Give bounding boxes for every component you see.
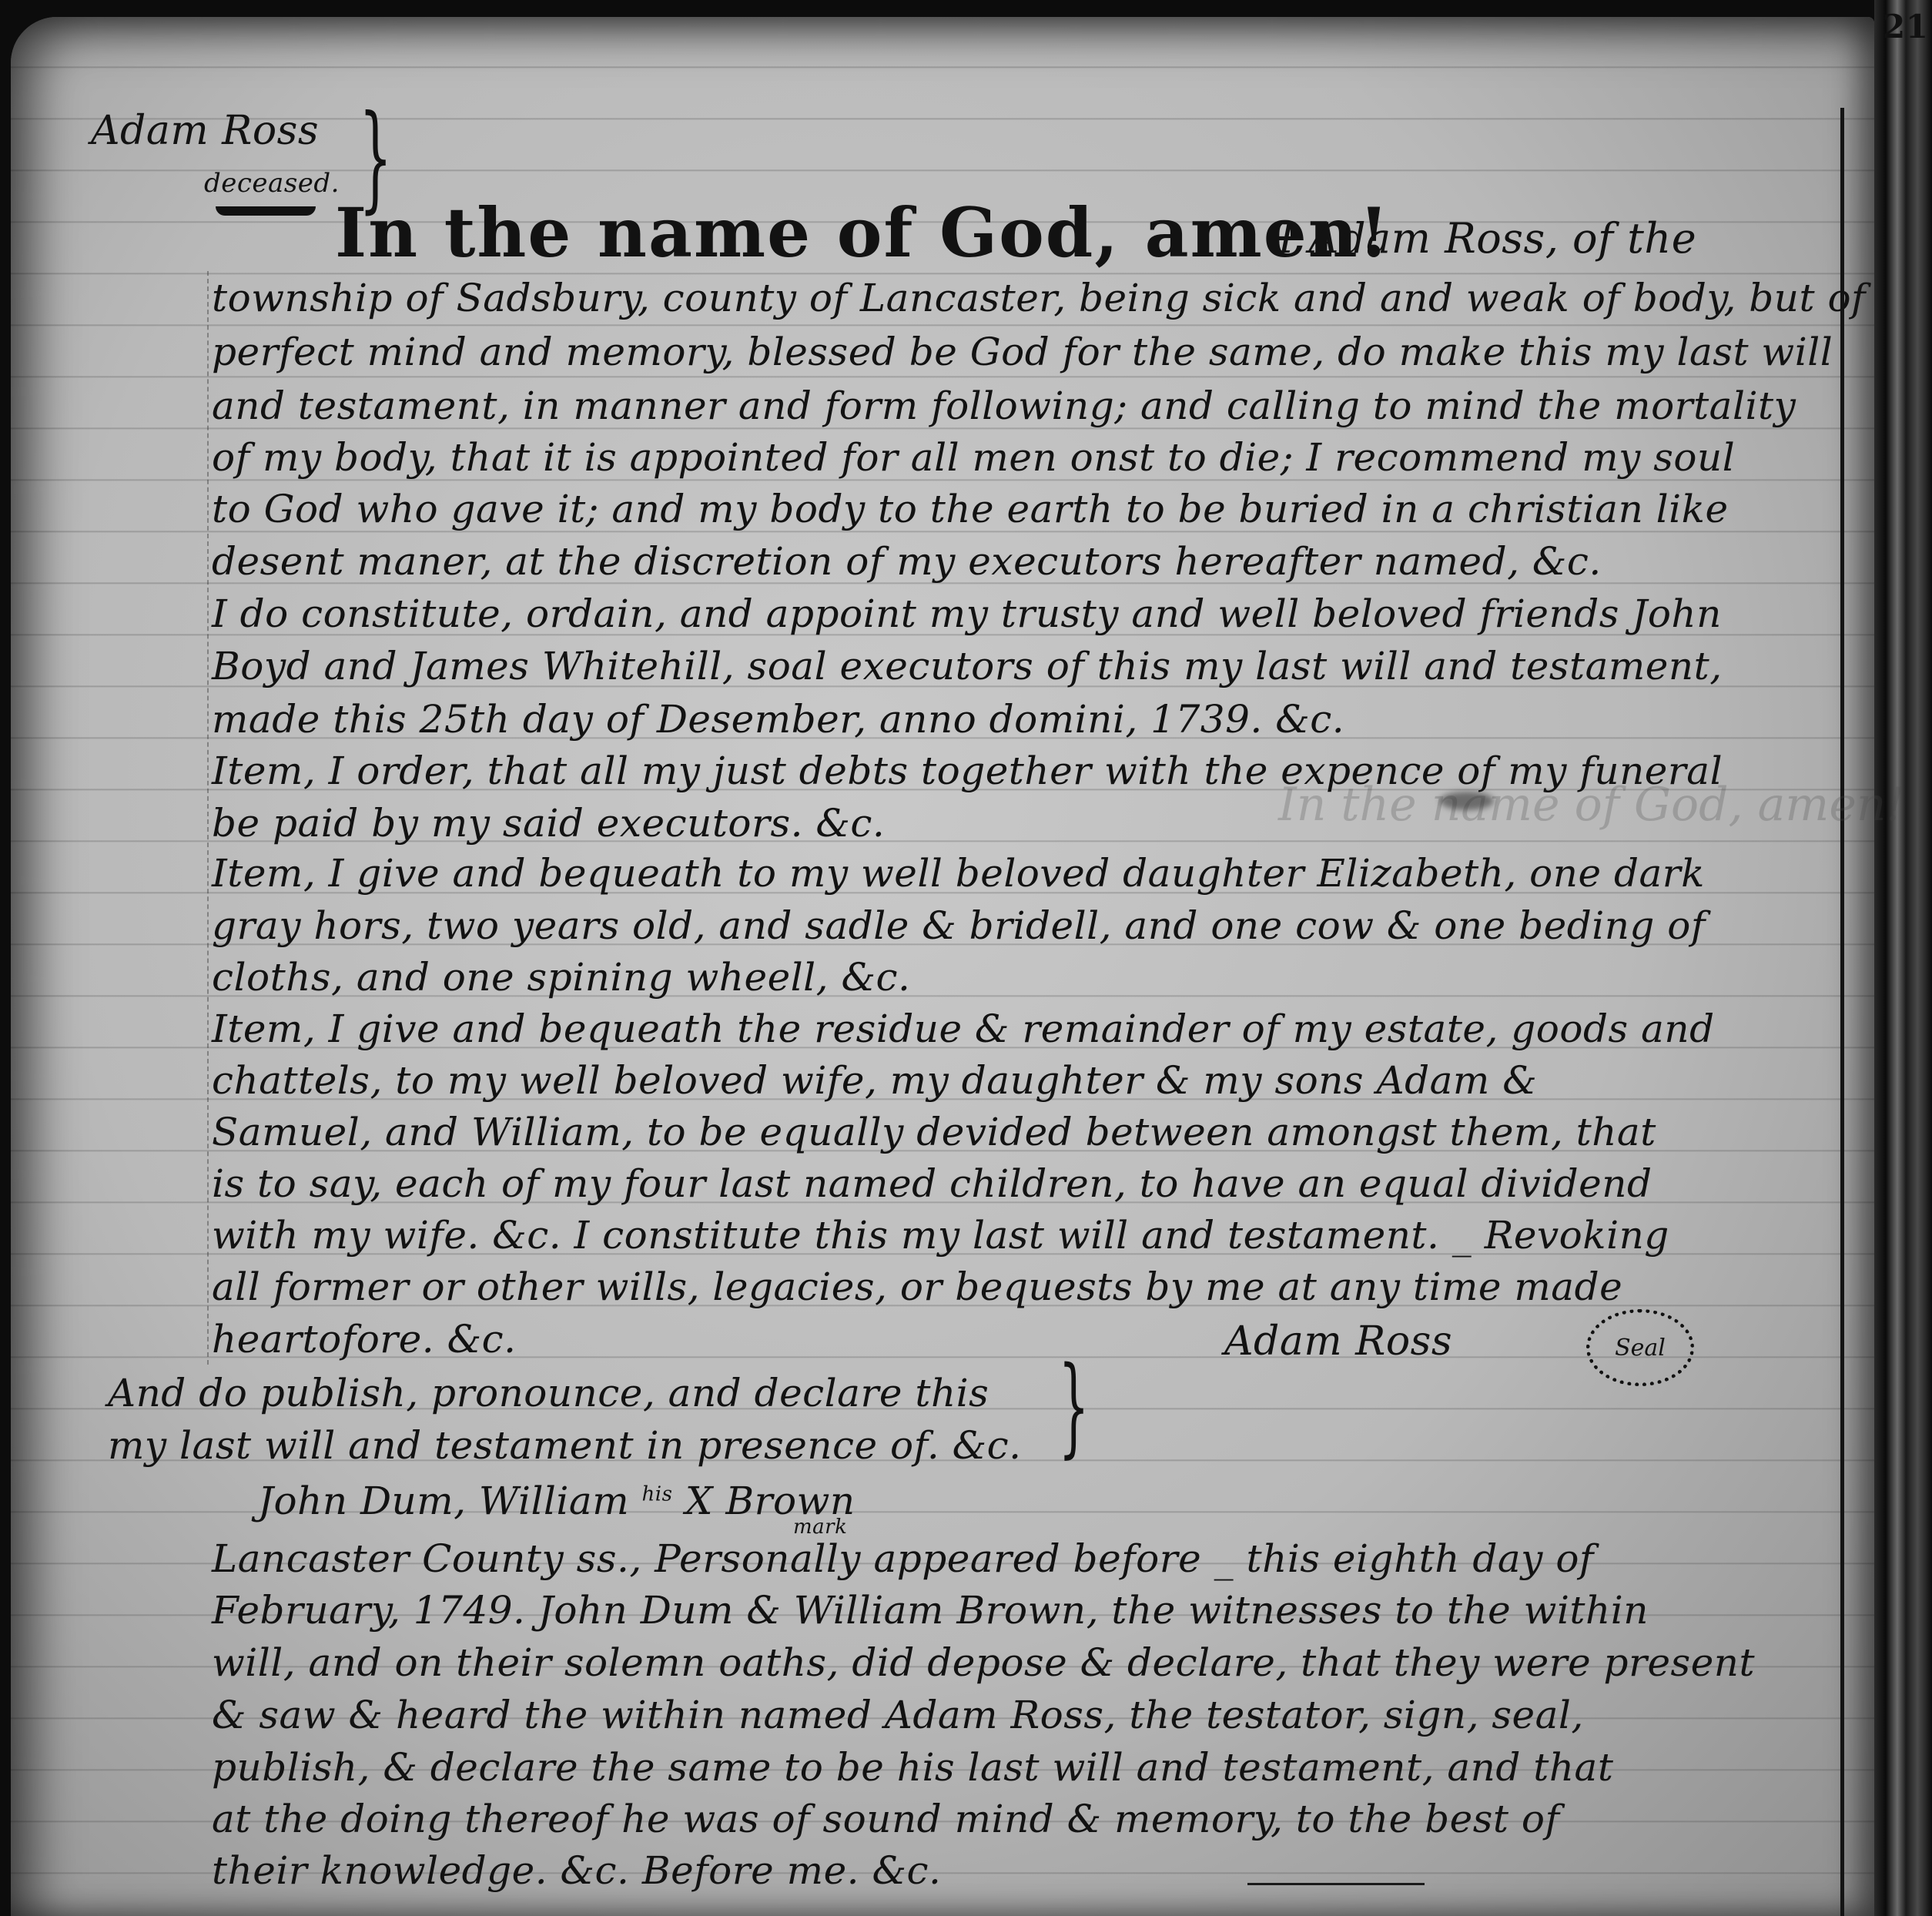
probate-line-2: will, and on their solemn oaths, did dep… <box>212 1640 1755 1685</box>
margin-note-status: deceased. <box>204 168 340 199</box>
page-number: 211. <box>1883 8 1932 45</box>
body-line-6: desent maner, at the discretion of my ex… <box>212 539 1602 584</box>
body-line-11: be paid by my said executors. &c. <box>212 801 885 846</box>
signature-blank-line <box>1247 1883 1425 1885</box>
body-line-4: of my body, that it is appointed for all… <box>212 435 1735 480</box>
publication-line-0: And do publish, pronounce, and declare t… <box>108 1371 989 1415</box>
book-binding <box>1874 0 1932 1916</box>
margin-rule <box>207 271 210 1365</box>
witness-names: John Dum, William his X Brown <box>258 1479 856 1523</box>
publication-line-1: my last will and testament in presence o… <box>108 1423 1022 1468</box>
margin-underline-flourish <box>216 206 316 216</box>
body-line-1: township of Sadsbury, county of Lancaste… <box>212 276 1866 320</box>
body-line-7: I do constitute, ordain, and appoint my … <box>212 591 1722 636</box>
probate-line-6: their knowledge. &c. Before me. &c. <box>212 1848 941 1893</box>
brace-icon: } <box>1058 1344 1089 1469</box>
body-line-18: is to say, each of my four last named ch… <box>212 1161 1652 1206</box>
wax-seal-icon: Seal <box>1586 1309 1694 1386</box>
binding-line <box>1840 108 1844 1916</box>
probate-line-4: publish, & declare the same to be his la… <box>212 1745 1613 1790</box>
body-line-8: Boyd and James Whitehill, soal executors… <box>212 644 1723 688</box>
testator-signature: Adam Ross <box>1224 1318 1452 1365</box>
body-line-20: all former or other wills, legacies, or … <box>212 1264 1622 1309</box>
probate-line-0: Lancaster County ss., Personally appeare… <box>212 1536 1594 1581</box>
document-heading: In the name of God, amen! <box>335 193 1390 273</box>
mark-above: his <box>642 1482 673 1506</box>
body-line-3: and testament, in manner and form follow… <box>212 384 1796 428</box>
body-line-14: cloths, and one spining wheell, &c. <box>212 955 910 1000</box>
body-line-16: chattels, to my well beloved wife, my da… <box>212 1058 1537 1103</box>
margin-note-name: Adam Ross <box>91 108 319 154</box>
body-line-0: I Adam Ross, of the <box>1278 214 1696 263</box>
body-line-9: made this 25th day of Desember, anno dom… <box>212 697 1344 742</box>
bleed-through-text: In the name of God, amen! <box>1278 778 1905 832</box>
probate-line-5: at the doing thereof he was of sound min… <box>212 1797 1560 1841</box>
seal-label: Seal <box>1615 1335 1666 1362</box>
body-line-2: perfect mind and memory, blessed be God … <box>212 330 1833 374</box>
body-line-5: to God who gave it; and my body to the e… <box>212 487 1729 531</box>
mark-below: mark <box>793 1516 847 1539</box>
mark-symbol: X <box>685 1479 713 1523</box>
body-line-21: heartofore. &c. <box>212 1317 517 1362</box>
body-line-17: Samuel, and William, to be equally devid… <box>212 1110 1656 1154</box>
ink-blot <box>1440 792 1494 810</box>
body-line-19: with my wife. &c. I constitute this my l… <box>212 1213 1669 1258</box>
witness-line: John Dum, William <box>258 1479 629 1523</box>
body-line-13: gray hors, two years old, and sadle & br… <box>212 903 1706 948</box>
probate-line-3: & saw & heard the within named Adam Ross… <box>212 1693 1584 1737</box>
body-line-15: Item, I give and bequeath the residue & … <box>212 1007 1715 1051</box>
probate-line-1: February, 1749. John Dum & William Brown… <box>212 1588 1649 1633</box>
body-line-12: Item, I give and bequeath to my well bel… <box>212 851 1705 896</box>
